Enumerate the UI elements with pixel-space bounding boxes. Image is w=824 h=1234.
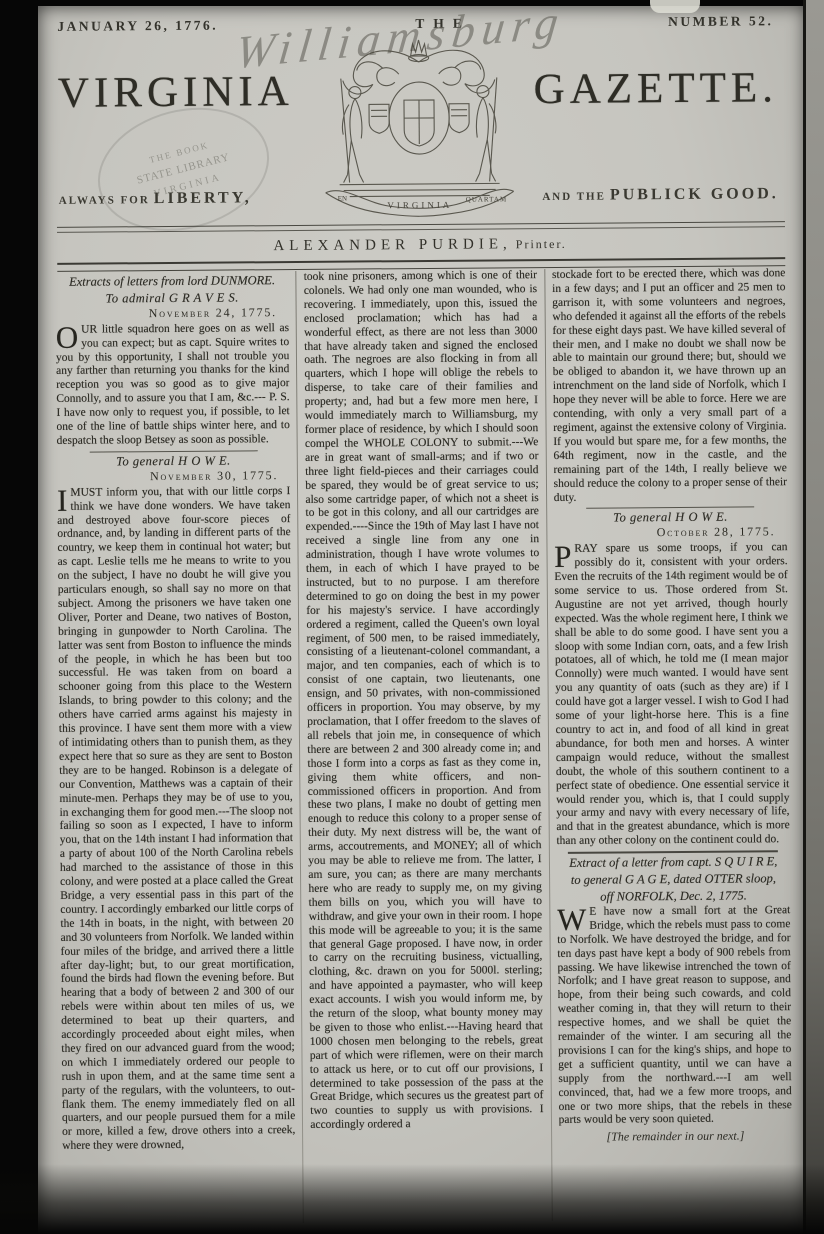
column-3: stockade fort to be erected there, which… <box>552 267 793 1221</box>
column-rule-1 <box>296 271 304 1223</box>
letter-text: UR little squadron here goes on as well … <box>56 322 290 447</box>
extract-heading-line1: Extract of a letter from capt. S Q U I R… <box>557 855 790 871</box>
motto-always-for: ALWAYS FOR <box>59 194 150 207</box>
extract-heading-line3: off NORFOLK, Dec. 2, 1775. <box>557 889 790 905</box>
motto-and-the: AND THE <box>542 191 606 203</box>
letter-text: MUST inform you, that with our little co… <box>57 485 295 1152</box>
scan-edge-strip <box>803 0 824 1234</box>
letter-text: E have now a small fort at the Great Bri… <box>557 904 792 1126</box>
printer-line: ALEXANDER PURDIE, Printer. <box>37 233 803 257</box>
letter-paragraph: PRAY spare us some troops, if you can po… <box>554 541 790 849</box>
letter-paragraph: IMUST inform you, that with our little c… <box>57 485 296 1154</box>
section-divider-heavy <box>568 850 778 854</box>
section-divider <box>89 450 257 452</box>
letter-paragraph: WE have now a small fort at the Great Br… <box>557 904 792 1128</box>
letter-text: stockade fort to be erected there, which… <box>552 267 787 503</box>
motto-publick-good: AND THE PUBLICK GOOD. <box>542 185 779 205</box>
article-columns: Extracts of letters from lord DUNMORE. T… <box>37 267 810 1225</box>
column-2: took nine prisoners, among which is one … <box>304 269 545 1223</box>
drop-cap-i: I <box>57 486 71 512</box>
drop-cap-o: O <box>56 323 82 349</box>
column-1: Extracts of letters from lord DUNMORE. T… <box>55 271 296 1225</box>
series-heading: Extracts of letters from lord DUNMORE. <box>55 274 288 290</box>
dateline-nov24: November 24, 1775. <box>56 306 289 322</box>
letter-text: took nine prisoners, among which is one … <box>304 269 544 1131</box>
addressee-howe-1: To general H O W E. <box>57 454 290 470</box>
crest-motto-right: QUARTAM <box>466 195 507 203</box>
photograph-backdrop: JANUARY 26, 1776. THE NUMBER 52. William… <box>0 0 824 1234</box>
extract-heading-line2: to general G A G E, dated OTTER sloop, <box>557 872 790 888</box>
drop-cap-p: P <box>554 543 574 569</box>
section-divider <box>587 507 755 509</box>
drop-cap-w: W <box>557 906 589 932</box>
motto-liberty-word: LIBERTY, <box>154 189 252 207</box>
printer-name: ALEXANDER PURDIE, <box>273 236 511 254</box>
dateline-oct28: October 28, 1775. <box>554 525 787 541</box>
printed-area: JANUARY 26, 1776. THE NUMBER 52. William… <box>35 5 810 1221</box>
column-rule-2 <box>544 269 552 1221</box>
crest-motto-left: EN <box>338 195 347 203</box>
letter-paragraph: stockade fort to be erected there, which… <box>552 267 787 505</box>
newspaper-title-gazette: GAZETTE. <box>534 63 779 114</box>
motto-publick-good-word: PUBLICK GOOD. <box>610 185 779 203</box>
issue-date: JANUARY 26, 1776. <box>57 18 218 35</box>
letter-paragraph: took nine prisoners, among which is one … <box>304 269 544 1133</box>
letter-text: RAY spare us some troops, if you can pos… <box>554 541 789 847</box>
virginia-coat-of-arms-illustration: EN VIRGINIA QUARTAM <box>302 33 536 227</box>
printer-title: Printer. <box>516 237 567 251</box>
masthead: JANUARY 26, 1776. THE NUMBER 52. William… <box>35 5 803 273</box>
motto-liberty: ALWAYS FOR LIBERTY, <box>59 189 252 209</box>
page-bottom-shadow <box>0 1164 824 1234</box>
letter-paragraph: OUR little squadron here goes on as well… <box>56 322 290 449</box>
dateline-nov30: November 30, 1775. <box>57 469 290 485</box>
issue-number: NUMBER 52. <box>668 13 773 30</box>
crest-motto-center: VIRGINIA <box>387 200 452 211</box>
continuation-note: [The remainder in our next.] <box>559 1129 792 1145</box>
